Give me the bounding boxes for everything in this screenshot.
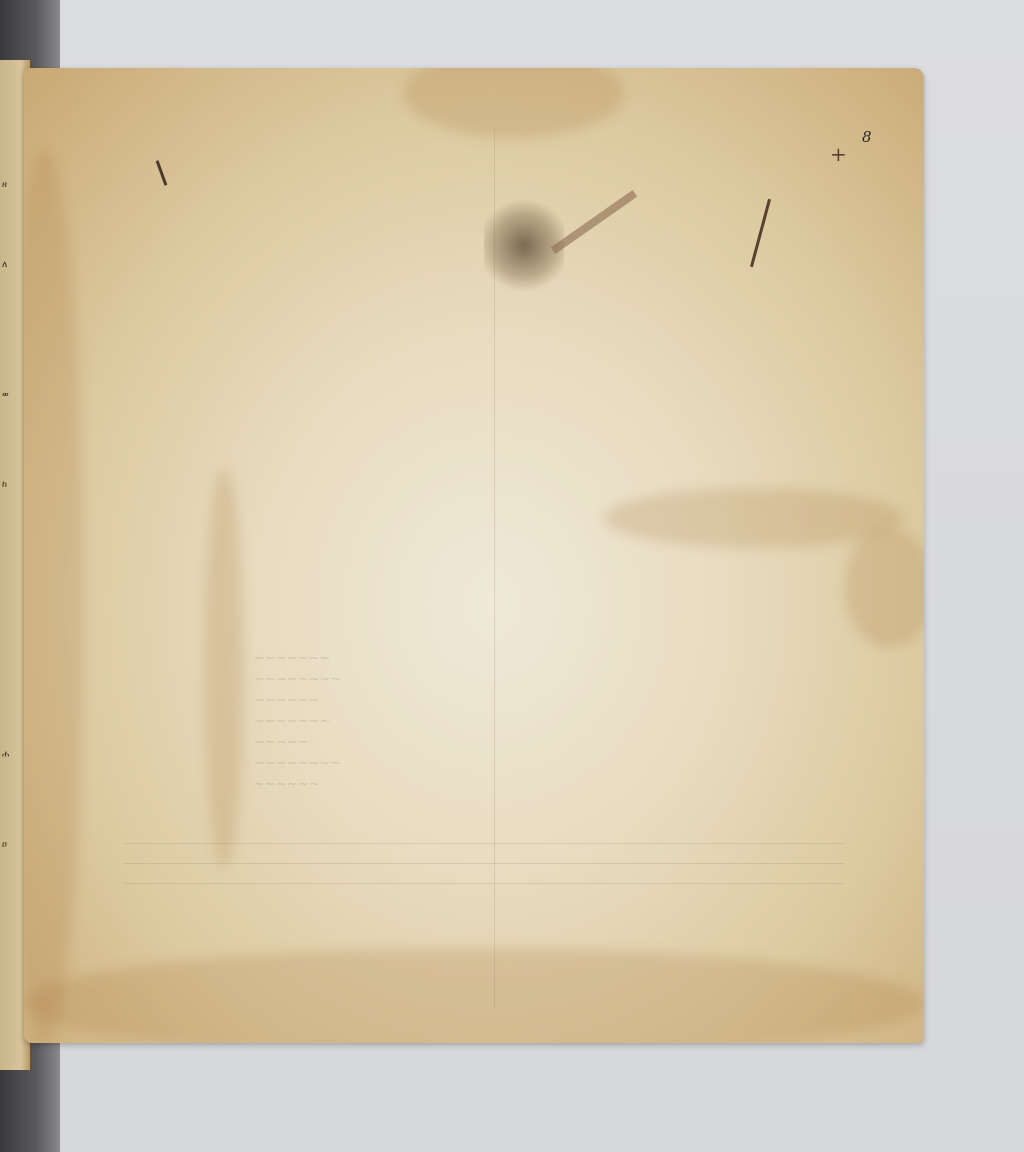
- horizontal-stain: [604, 488, 904, 548]
- right-edge-stain: [844, 528, 924, 648]
- cross-mark: +: [830, 142, 847, 166]
- ruling-line: [124, 883, 844, 884]
- show-through-text: ∼∼∼∼∼∼∼∼∼∼∼∼∼∼∼∼∼∼∼∼∼∼∼∼∼∼∼∼∼∼∼∼∼∼∼∼∼∼∼∼…: [254, 648, 414, 858]
- bottom-stain: [24, 948, 924, 1043]
- ruling-line: [124, 843, 844, 844]
- ruling-line: [124, 863, 844, 864]
- ink-stroke: [156, 160, 168, 185]
- ink-stroke: [750, 199, 771, 267]
- edge-stain: [24, 148, 84, 1043]
- parchment-leaf: + 8 ∼∼∼∼∼∼∼∼∼∼∼∼∼∼∼∼∼∼∼∼∼∼∼∼∼∼∼∼∼∼∼∼∼∼∼∼…: [24, 68, 924, 1043]
- top-stain: [404, 68, 624, 138]
- vertical-water-stain: [204, 468, 244, 868]
- folio-number: 8: [862, 128, 872, 146]
